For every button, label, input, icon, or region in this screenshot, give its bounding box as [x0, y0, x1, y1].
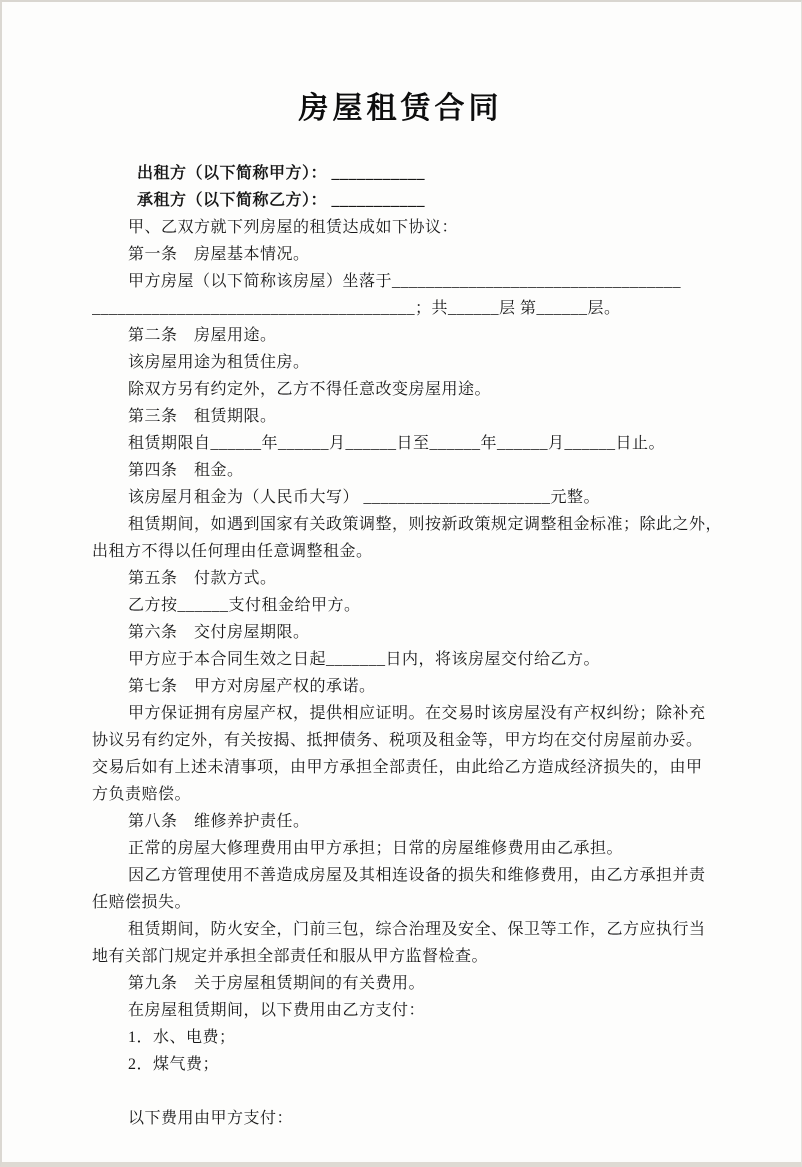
contract-line: 以下费用由甲方支付： [92, 1105, 709, 1132]
contract-line: 第一条 房屋基本情况。 [92, 241, 709, 268]
contract-line: 任赔偿损失。 [92, 889, 709, 916]
contract-line: 在房屋租赁期间，以下费用由乙方支付： [92, 997, 709, 1024]
contract-line: ______________________________________；共… [92, 295, 709, 322]
contract-line: 该房屋用途为租赁住房。 [92, 349, 709, 376]
contract-line: 承租方（以下简称乙方）： ___________ [92, 187, 709, 214]
contract-line: 地有关部门规定并承担全部责任和服从甲方监督检查。 [92, 943, 709, 970]
contract-line: 第四条 租金。 [92, 457, 709, 484]
contract-line: 甲、乙双方就下列房屋的租赁达成如下协议： [92, 214, 709, 241]
contract-line: 交易后如有上述未清事项，由甲方承担全部责任，由此给乙方造成经济损失的，由甲 [92, 754, 709, 781]
contract-line: 甲方保证拥有房屋产权，提供相应证明。在交易时该房屋没有产权纠纷；除补充 [92, 700, 709, 727]
contract-line: 第七条 甲方对房屋产权的承诺。 [92, 673, 709, 700]
contract-line: 第三条 租赁期限。 [92, 403, 709, 430]
contract-line: 2．煤气费； [92, 1051, 709, 1078]
contract-line: 方负责赔偿。 [92, 781, 709, 808]
contract-line [92, 1078, 709, 1105]
contract-line: 租赁期间，防火安全，门前三包，综合治理及安全、保卫等工作，乙方应执行当 [92, 916, 709, 943]
contract-line: 1．水、电费； [92, 1024, 709, 1051]
contract-line: 租赁期间，如遇到国家有关政策调整，则按新政策规定调整租金标准；除此之外， [92, 511, 709, 538]
contract-line: 该房屋月租金为（人民币大写） ______________________元整。 [92, 484, 709, 511]
contract-line: 因乙方管理使用不善造成房屋及其相连设备的损失和维修费用，由乙方承担并责 [92, 862, 709, 889]
contract-line: 正常的房屋大修理费用由甲方承担；日常的房屋维修费用由乙承担。 [92, 835, 709, 862]
contract-line: 甲方应于本合同生效之日起_______日内，将该房屋交付给乙方。 [92, 646, 709, 673]
contract-title: 房屋租赁合同 [92, 90, 709, 128]
contract-content: 房屋租赁合同 出租方（以下简称甲方）： ___________承租方（以下简称乙… [2, 2, 801, 1132]
contract-line: 第五条 付款方式。 [92, 565, 709, 592]
contract-line: 协议另有约定外，有关按揭、抵押债务、税项及租金等，甲方均在交付房屋前办妥。 [92, 727, 709, 754]
contract-line: 第六条 交付房屋期限。 [92, 619, 709, 646]
contract-line: 出租方（以下简称甲方）： ___________ [92, 160, 709, 187]
contract-line: 甲方房屋（以下简称该房屋）坐落于________________________… [92, 268, 709, 295]
contract-line: 乙方按______支付租金给甲方。 [92, 592, 709, 619]
contract-line: 出租方不得以任何理由任意调整租金。 [92, 538, 709, 565]
contract-body: 出租方（以下简称甲方）： ___________承租方（以下简称乙方）： ___… [92, 160, 709, 1132]
contract-line: 租赁期限自______年______月______日至______年______… [92, 430, 709, 457]
contract-line: 第八条 维修养护责任。 [92, 808, 709, 835]
contract-page: 房屋租赁合同 出租方（以下简称甲方）： ___________承租方（以下简称乙… [0, 0, 802, 1167]
contract-line: 第九条 关于房屋租赁期间的有关费用。 [92, 970, 709, 997]
contract-line: 除双方另有约定外，乙方不得任意改变房屋用途。 [92, 376, 709, 403]
contract-line: 第二条 房屋用途。 [92, 322, 709, 349]
